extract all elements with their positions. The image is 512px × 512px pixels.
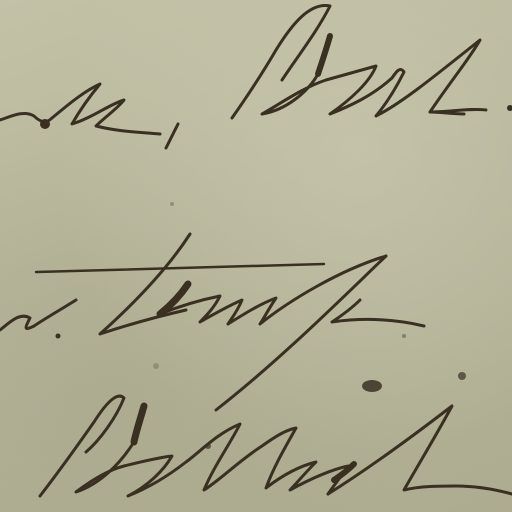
line-2-script [0, 234, 424, 410]
manuscript-page: …ase, Wall. …w. temp Wallich [0, 0, 512, 512]
handwriting-strokes [0, 0, 512, 512]
line-1-script [0, 6, 512, 148]
line-3-script [40, 396, 512, 496]
